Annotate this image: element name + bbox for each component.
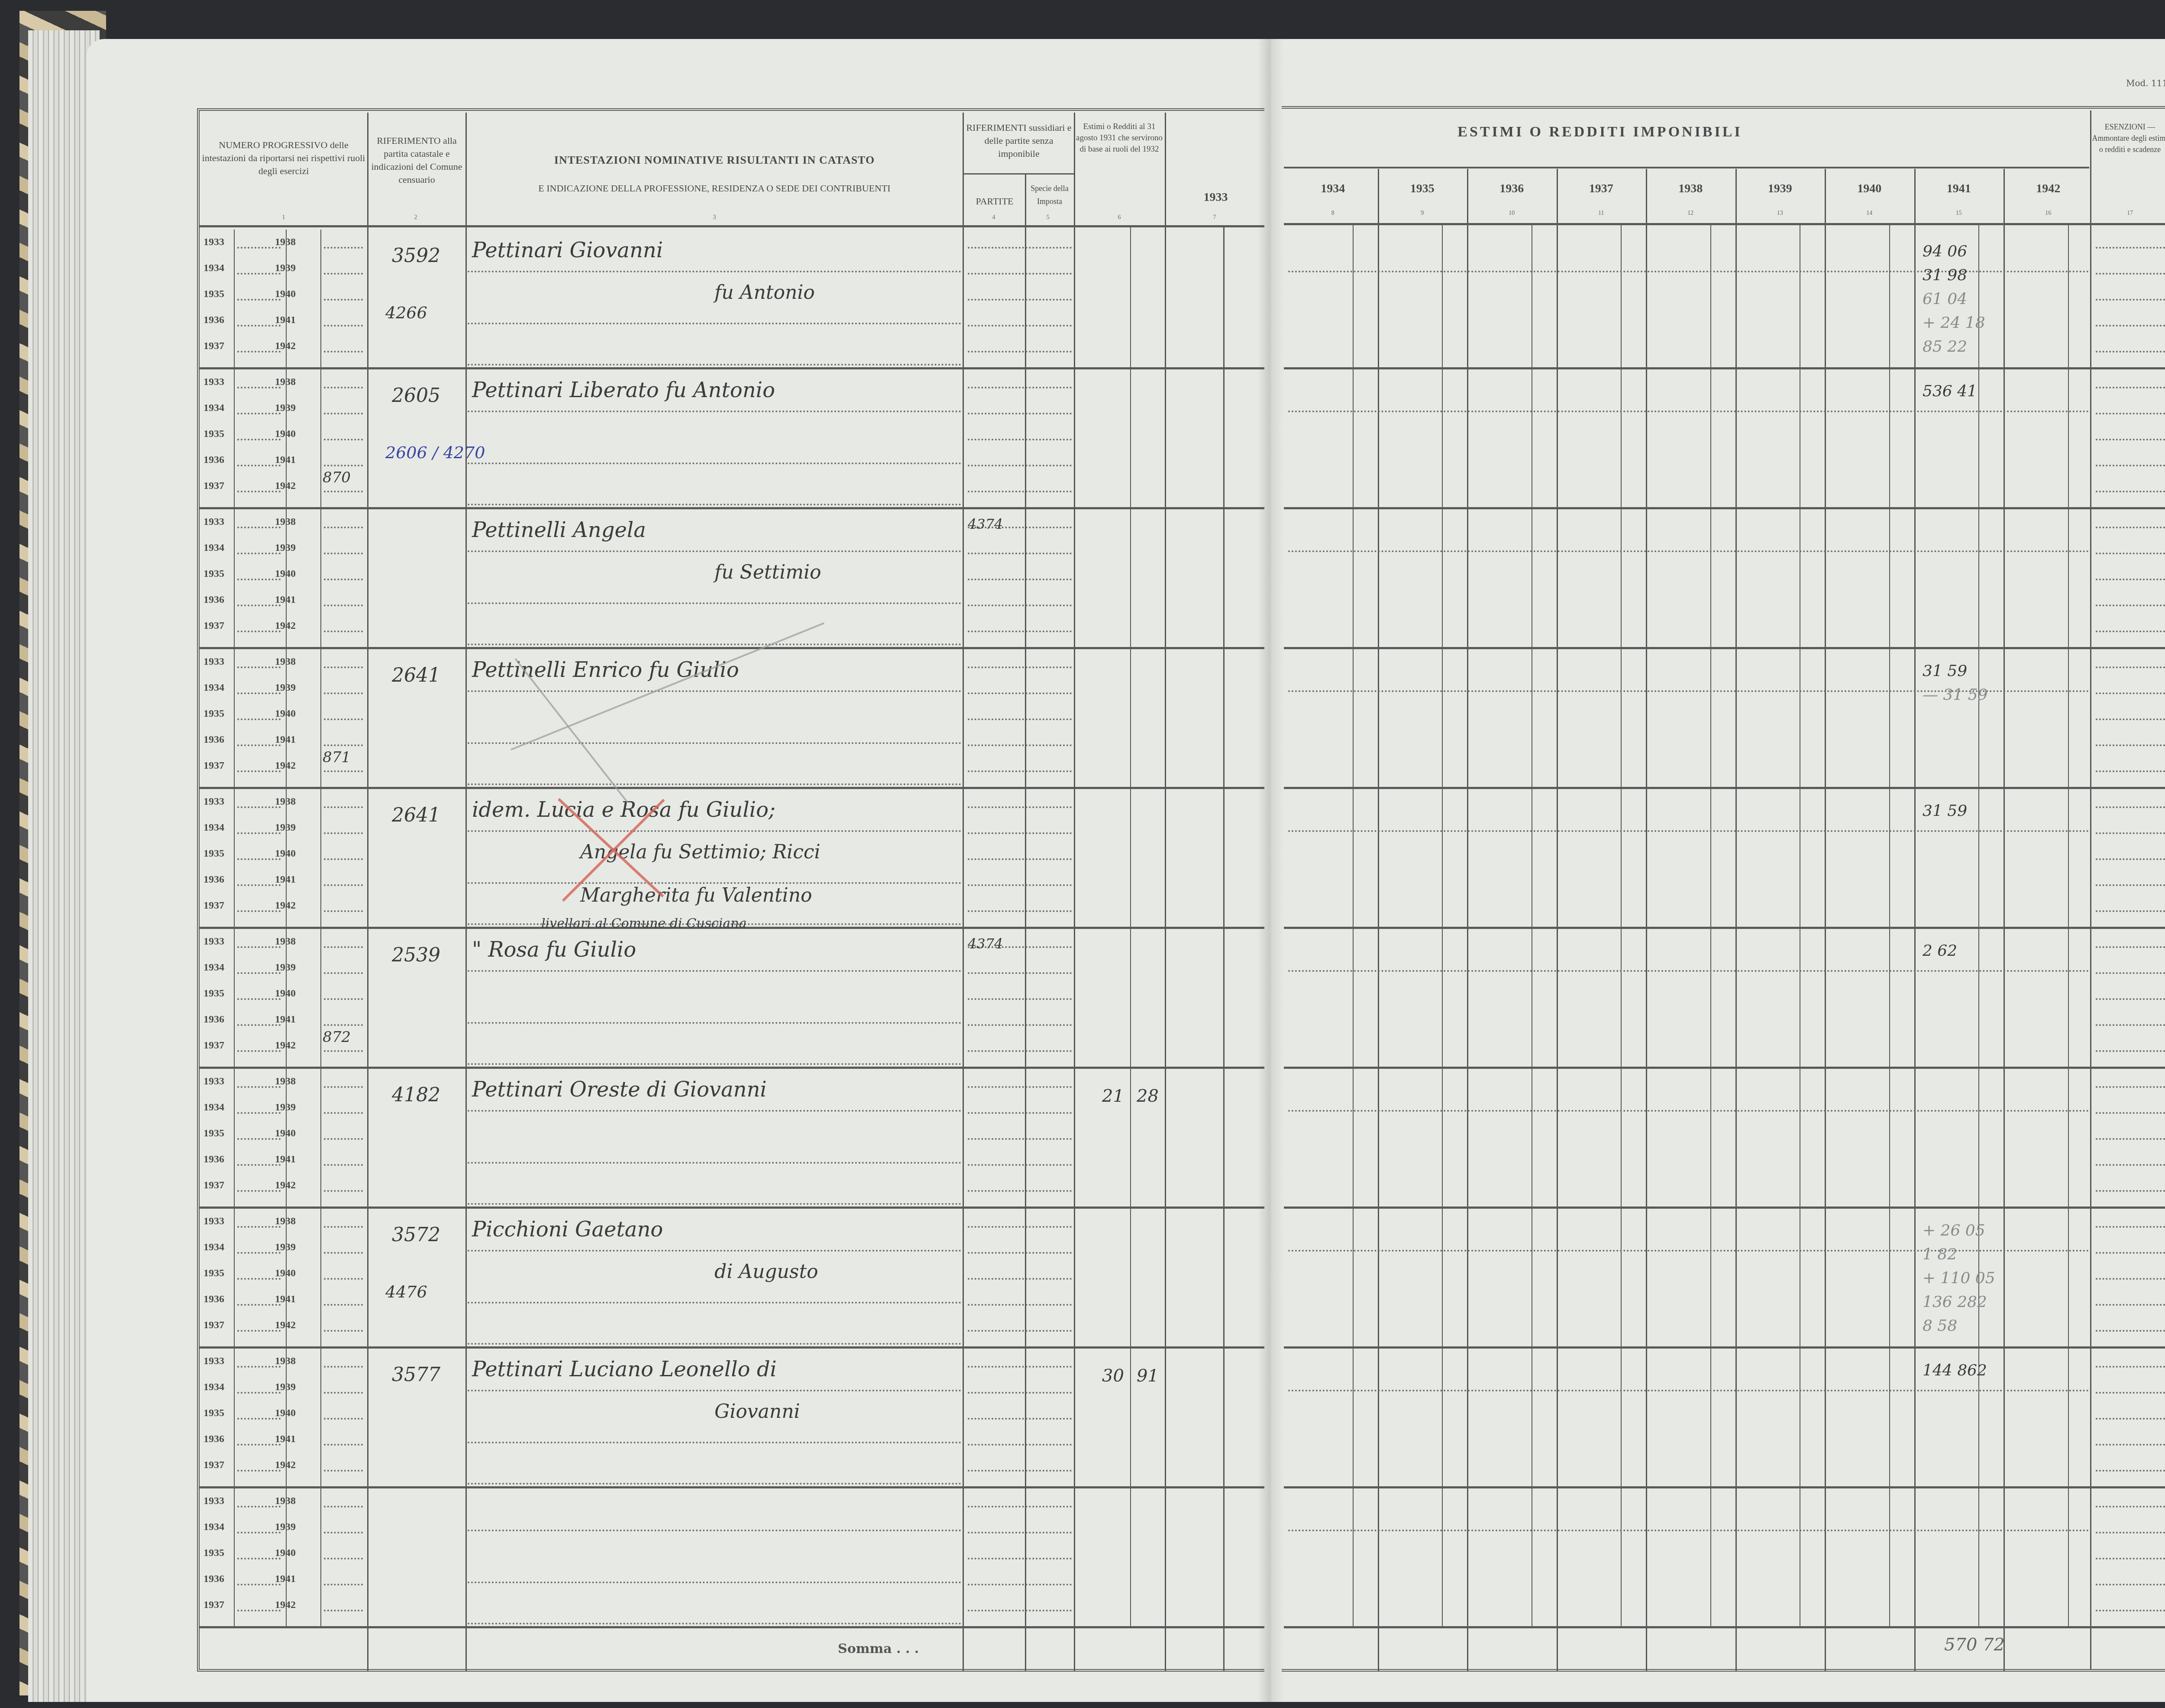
entry-rule bbox=[1284, 1486, 2165, 1488]
year-blank bbox=[237, 1366, 281, 1368]
name-line bbox=[468, 323, 961, 324]
year-blank bbox=[324, 744, 363, 746]
year-blank bbox=[324, 413, 363, 414]
value-1941: 1 82 bbox=[1923, 1245, 1957, 1263]
year-label-left: 1936 bbox=[204, 454, 224, 466]
value-1941: 31 59 bbox=[1923, 662, 1967, 680]
col-divider bbox=[465, 113, 467, 1672]
partite-blank bbox=[968, 1138, 1072, 1140]
esenzioni-blank bbox=[2096, 527, 2165, 528]
year-label-left: 1933 bbox=[204, 1216, 224, 1227]
header-bottom-rule bbox=[199, 225, 1264, 227]
year-col-divider bbox=[2003, 169, 2005, 1672]
esenzioni-blank bbox=[2096, 1470, 2165, 1472]
year-label-right: 1941 bbox=[275, 1154, 296, 1165]
year-blank bbox=[237, 1164, 281, 1166]
taxpayer-name-cont: fu Antonio bbox=[714, 281, 815, 304]
col-divider bbox=[367, 113, 368, 1672]
partite-blank bbox=[968, 744, 1072, 746]
partite-blank bbox=[968, 351, 1072, 353]
value-line bbox=[1288, 271, 2089, 272]
year-label-right: 1939 bbox=[275, 542, 296, 554]
value-1941: 85 22 bbox=[1923, 338, 1967, 356]
year-blank bbox=[324, 998, 363, 1000]
esenzioni-blank bbox=[2096, 718, 2165, 720]
year-label-left: 1934 bbox=[204, 682, 224, 694]
year-label-left: 1933 bbox=[204, 516, 224, 528]
year-label-left: 1935 bbox=[204, 288, 224, 300]
name-line bbox=[468, 1022, 961, 1024]
esenzioni-blank bbox=[2096, 1366, 2165, 1368]
esenzioni-blank bbox=[2096, 273, 2165, 275]
name-line bbox=[468, 1530, 961, 1531]
year-label-left: 1936 bbox=[204, 1433, 224, 1445]
partite-blank bbox=[968, 299, 1072, 301]
year-blank bbox=[237, 910, 281, 912]
taxpayer-name: " Rosa fu Giulio bbox=[472, 938, 636, 962]
col-num-11: 11 bbox=[1557, 210, 1646, 217]
year-label-left: 1933 bbox=[204, 1355, 224, 1367]
taxpayer-name: Pettinari Oreste di Giovanni bbox=[472, 1077, 767, 1102]
year-blank bbox=[237, 1392, 281, 1394]
year-blank bbox=[324, 579, 363, 580]
entry-rule bbox=[1284, 647, 2165, 649]
year-blank bbox=[237, 527, 281, 528]
year-label-left: 1935 bbox=[204, 1407, 224, 1419]
esenzioni-blank bbox=[2096, 692, 2165, 694]
esenzioni-blank bbox=[2096, 1304, 2165, 1306]
esenzioni-blank bbox=[2096, 1584, 2165, 1585]
year-blank bbox=[324, 631, 363, 632]
esenzioni-blank bbox=[2096, 770, 2165, 772]
year-label-left: 1935 bbox=[204, 848, 224, 860]
year-label-right: 1940 bbox=[275, 1407, 296, 1419]
estimo-1931-int: 21 bbox=[1102, 1086, 1124, 1106]
entry-rule bbox=[199, 1207, 1264, 1209]
value-line bbox=[1288, 1250, 2089, 1252]
year-label-left: 1936 bbox=[204, 874, 224, 886]
entry-rule bbox=[1284, 787, 2165, 789]
taxpayer-name: Pettinari Giovanni bbox=[472, 238, 663, 262]
name-line bbox=[468, 271, 961, 272]
header-year-1937: 1937 bbox=[1557, 182, 1646, 196]
year-label-right: 1942 bbox=[275, 900, 296, 912]
partite-blank bbox=[968, 1392, 1072, 1394]
header-year-1938: 1938 bbox=[1646, 182, 1735, 196]
partite-blank bbox=[968, 884, 1072, 886]
partite-blank bbox=[968, 553, 1072, 554]
partite-blank bbox=[968, 1190, 1072, 1192]
partite-blank bbox=[968, 439, 1072, 440]
header-year-1939: 1939 bbox=[1735, 182, 1825, 196]
year-label-right: 1940 bbox=[275, 288, 296, 300]
year-blank bbox=[237, 884, 281, 886]
year-col-divider bbox=[1735, 169, 1737, 1672]
year-label-left: 1934 bbox=[204, 1521, 224, 1533]
header-divider bbox=[963, 173, 1074, 175]
side-note: 870 bbox=[323, 469, 351, 486]
year-label-left: 1937 bbox=[204, 480, 224, 492]
taxpayer-name: Picchioni Gaetano bbox=[472, 1217, 663, 1242]
year-blank bbox=[324, 1252, 363, 1254]
entry-rule bbox=[199, 787, 1264, 789]
value-line bbox=[1288, 550, 2089, 552]
year-label-right: 1942 bbox=[275, 620, 296, 632]
esenzioni-blank bbox=[2096, 439, 2165, 440]
partite-blank bbox=[968, 1418, 1072, 1420]
name-line bbox=[468, 1110, 961, 1112]
col-num-1: 1 bbox=[279, 214, 288, 221]
name-line bbox=[468, 550, 961, 552]
esenzioni-blank bbox=[2096, 744, 2165, 746]
year-label-left: 1936 bbox=[204, 1294, 224, 1305]
entry-rule bbox=[1284, 1067, 2165, 1069]
partite-blank bbox=[968, 491, 1072, 492]
year-blank bbox=[324, 972, 363, 974]
year-label-right: 1939 bbox=[275, 1242, 296, 1253]
year-blank bbox=[237, 1024, 281, 1026]
esenzioni-divider bbox=[2090, 110, 2091, 1669]
year-blank bbox=[237, 946, 281, 948]
partita-number: 2641 bbox=[392, 804, 440, 826]
year-label-right: 1938 bbox=[275, 516, 296, 528]
year-label-left: 1935 bbox=[204, 708, 224, 720]
year-label-right: 1941 bbox=[275, 314, 296, 326]
header-year-1941: 1941 bbox=[1914, 182, 2004, 196]
year-label-left: 1934 bbox=[204, 822, 224, 834]
esenzioni-blank bbox=[2096, 465, 2165, 466]
year-label-right: 1941 bbox=[275, 1573, 296, 1585]
name-line bbox=[468, 1203, 961, 1205]
year-label-left: 1933 bbox=[204, 936, 224, 948]
col-num-5: 5 bbox=[1044, 214, 1052, 221]
year-label-left: 1936 bbox=[204, 594, 224, 606]
header-estimi-1931: Estimi o Redditi al 31 agosto 1931 che s… bbox=[1076, 121, 1163, 155]
year-blank bbox=[237, 299, 281, 301]
year-blank bbox=[237, 806, 281, 808]
year-label-left: 1935 bbox=[204, 568, 224, 580]
year-label-left: 1935 bbox=[204, 988, 224, 1000]
year-label-right: 1939 bbox=[275, 402, 296, 414]
right-table-frame bbox=[1282, 106, 2165, 1672]
name-line bbox=[468, 364, 961, 366]
partite-ref: 4374 bbox=[968, 935, 1003, 952]
name-line bbox=[468, 1343, 961, 1345]
year-blank bbox=[237, 718, 281, 720]
esenzioni-blank bbox=[2096, 247, 2165, 249]
esenzioni-blank bbox=[2096, 1418, 2165, 1420]
esenzioni-blank bbox=[2096, 1610, 2165, 1611]
year-label-left: 1937 bbox=[204, 900, 224, 912]
esenzioni-blank bbox=[2096, 631, 2165, 632]
right-header-bottom-rule bbox=[1284, 223, 2165, 225]
year-label-left: 1934 bbox=[204, 262, 224, 274]
partite-blank bbox=[968, 465, 1072, 466]
col-divider bbox=[234, 230, 235, 1628]
name-line bbox=[468, 1063, 961, 1065]
year-blank bbox=[237, 1304, 281, 1306]
partita-number: 2605 bbox=[392, 385, 440, 407]
year-label-right: 1942 bbox=[275, 1459, 296, 1471]
partite-blank bbox=[968, 1050, 1072, 1052]
year-label-right: 1938 bbox=[275, 1495, 296, 1507]
taxpayer-name: Pettinari Liberato fu Antonio bbox=[472, 378, 775, 402]
partite-blank bbox=[968, 1024, 1072, 1026]
taxpayer-note: livellari al Comune di Cusciana bbox=[541, 916, 746, 931]
value-line bbox=[1288, 1390, 2089, 1391]
year-label-right: 1941 bbox=[275, 594, 296, 606]
year-label-left: 1933 bbox=[204, 656, 224, 668]
side-note: 871 bbox=[323, 749, 351, 766]
partite-blank bbox=[968, 1226, 1072, 1228]
partite-blank bbox=[968, 1444, 1072, 1446]
partite-blank bbox=[968, 413, 1072, 414]
partite-blank bbox=[968, 325, 1072, 327]
year-blank bbox=[324, 832, 363, 834]
value-1941: 2 62 bbox=[1923, 942, 1957, 960]
taxpayer-name-cont: di Augusto bbox=[714, 1261, 818, 1283]
year-blank bbox=[237, 832, 281, 834]
partita-number: 3592 bbox=[392, 245, 440, 267]
header-year-1942: 1942 bbox=[2003, 182, 2093, 196]
taxpayer-name: Pettinari Luciano Leonello di bbox=[472, 1357, 777, 1381]
year-blank bbox=[324, 553, 363, 554]
entry-rule bbox=[199, 507, 1264, 509]
year-blank bbox=[324, 1330, 363, 1332]
name-line bbox=[468, 411, 961, 412]
col-num-9: 9 bbox=[1378, 210, 1467, 217]
entry-rule bbox=[1284, 367, 2165, 369]
year-label-right: 1942 bbox=[275, 340, 296, 352]
esenzioni-blank bbox=[2096, 1330, 2165, 1332]
year-label-right: 1939 bbox=[275, 682, 296, 694]
partite-blank bbox=[968, 718, 1072, 720]
year-label-left: 1937 bbox=[204, 1180, 224, 1191]
year-label-right: 1940 bbox=[275, 568, 296, 580]
partite-blank bbox=[968, 1112, 1072, 1114]
partite-blank bbox=[968, 579, 1072, 580]
esenzioni-blank bbox=[2096, 1050, 2165, 1052]
name-line bbox=[468, 1623, 961, 1624]
col-divider bbox=[1025, 173, 1026, 1672]
year-blank bbox=[324, 1112, 363, 1114]
name-line bbox=[468, 463, 961, 464]
name-line bbox=[468, 644, 961, 645]
value-1941: 31 59 bbox=[1923, 802, 1967, 820]
esenzioni-blank bbox=[2096, 1506, 2165, 1507]
form-id: Mod. 111 - Imposte Dirette (Intercalare)… bbox=[2126, 78, 2165, 88]
year-label-right: 1939 bbox=[275, 262, 296, 274]
header-partite: PARTITE bbox=[965, 195, 1024, 208]
year-blank bbox=[324, 1506, 363, 1507]
year-label-left: 1937 bbox=[204, 620, 224, 632]
year-label-right: 1939 bbox=[275, 1102, 296, 1113]
year-label-right: 1942 bbox=[275, 1040, 296, 1051]
year-blank bbox=[237, 1470, 281, 1472]
year-col-divider bbox=[1378, 169, 1379, 1672]
name-line bbox=[468, 1442, 961, 1443]
year-label-right: 1941 bbox=[275, 1294, 296, 1305]
esenzioni-blank bbox=[2096, 666, 2165, 668]
col-num-10: 10 bbox=[1467, 210, 1557, 217]
year-blank bbox=[237, 605, 281, 606]
esenzioni-blank bbox=[2096, 1392, 2165, 1394]
esenzioni-blank bbox=[2096, 605, 2165, 606]
partite-blank bbox=[968, 1558, 1072, 1559]
year-blank bbox=[237, 273, 281, 275]
year-blank bbox=[324, 1226, 363, 1228]
year-blank bbox=[237, 553, 281, 554]
year-blank bbox=[237, 692, 281, 694]
esenzioni-blank bbox=[2096, 1226, 2165, 1228]
year-blank bbox=[324, 1532, 363, 1533]
esenzioni-blank bbox=[2096, 579, 2165, 580]
entry-rule bbox=[199, 1067, 1264, 1069]
year-col-divider bbox=[1646, 169, 1647, 1672]
name-line bbox=[468, 1483, 961, 1485]
year-blank bbox=[324, 1444, 363, 1446]
entry-rule bbox=[199, 367, 1264, 369]
header-specie-imposta: Specie della Imposta bbox=[1026, 182, 1073, 208]
year-label-right: 1942 bbox=[275, 1599, 296, 1611]
year-label-right: 1941 bbox=[275, 874, 296, 886]
year-blank bbox=[324, 605, 363, 606]
header-esenzioni: ESENZIONI — Ammontare degli estimi o red… bbox=[2091, 121, 2165, 155]
value-1941: 536 41 bbox=[1923, 382, 1977, 400]
year-blank bbox=[237, 579, 281, 580]
esenzioni-blank bbox=[2096, 858, 2165, 860]
year-label-left: 1934 bbox=[204, 1102, 224, 1113]
year-blank bbox=[324, 1366, 363, 1368]
header-intestazioni: INTESTAZIONI NOMINATIVE RISULTANTI IN CA… bbox=[470, 154, 959, 167]
year-label-right: 1940 bbox=[275, 428, 296, 440]
esenzioni-blank bbox=[2096, 413, 2165, 414]
year-blank bbox=[237, 1584, 281, 1585]
year-label-left: 1936 bbox=[204, 314, 224, 326]
entry-rule bbox=[1284, 1346, 2165, 1349]
entry-rule bbox=[199, 1346, 1264, 1349]
year-blank bbox=[237, 666, 281, 668]
year-blank bbox=[237, 1050, 281, 1052]
year-label-left: 1933 bbox=[204, 1495, 224, 1507]
year-label-right: 1942 bbox=[275, 1180, 296, 1191]
taxpayer-name-cont: Margherita fu Valentino bbox=[580, 884, 812, 906]
year-label-left: 1933 bbox=[204, 236, 224, 248]
year-blank bbox=[324, 351, 363, 353]
entry-rule bbox=[199, 1486, 1264, 1488]
esenzioni-blank bbox=[2096, 806, 2165, 808]
year-label-right: 1938 bbox=[275, 1076, 296, 1087]
name-line bbox=[468, 1582, 961, 1583]
year-blank bbox=[324, 692, 363, 694]
year-blank bbox=[237, 1278, 281, 1280]
year-blank bbox=[237, 1226, 281, 1228]
year-blank bbox=[324, 666, 363, 668]
year-label-left: 1933 bbox=[204, 796, 224, 808]
partite-blank bbox=[968, 1278, 1072, 1280]
value-1941: 136 282 bbox=[1923, 1293, 1987, 1311]
partite-blank bbox=[968, 631, 1072, 632]
year-blank bbox=[324, 770, 363, 772]
partite-blank bbox=[968, 858, 1072, 860]
col-num-12: 12 bbox=[1646, 210, 1735, 217]
esenzioni-blank bbox=[2096, 910, 2165, 912]
partita-number: 3577 bbox=[392, 1364, 440, 1386]
year-label-left: 1936 bbox=[204, 734, 224, 746]
year-blank bbox=[237, 1112, 281, 1114]
partite-blank bbox=[968, 1164, 1072, 1166]
partite-blank bbox=[968, 1532, 1072, 1533]
year-label-right: 1939 bbox=[275, 1521, 296, 1533]
partite-blank bbox=[968, 770, 1072, 772]
name-line bbox=[468, 1162, 961, 1164]
year-blank bbox=[324, 1558, 363, 1559]
year-blank bbox=[324, 1392, 363, 1394]
entry-rule bbox=[1284, 1207, 2165, 1209]
year-blank bbox=[324, 1164, 363, 1166]
taxpayer-name: Pettinelli Angela bbox=[472, 518, 646, 542]
partite-blank bbox=[968, 1506, 1072, 1507]
value-1941: 8 58 bbox=[1923, 1317, 1957, 1335]
year-blank bbox=[237, 1506, 281, 1507]
partite-blank bbox=[968, 273, 1072, 275]
year-label-right: 1939 bbox=[275, 822, 296, 834]
name-line bbox=[468, 830, 961, 832]
col-num-7: 7 bbox=[1210, 214, 1219, 221]
esenzioni-blank bbox=[2096, 1532, 2165, 1533]
year-label-left: 1934 bbox=[204, 1242, 224, 1253]
year-blank bbox=[324, 527, 363, 528]
year-blank bbox=[237, 351, 281, 353]
year-blank bbox=[324, 1470, 363, 1472]
value-1941: 31 98 bbox=[1923, 266, 1967, 284]
year-label-left: 1934 bbox=[204, 962, 224, 974]
year-blank bbox=[324, 806, 363, 808]
year-label-left: 1937 bbox=[204, 1599, 224, 1611]
year-blank bbox=[237, 631, 281, 632]
year-blank bbox=[324, 439, 363, 440]
year-label-right: 1940 bbox=[275, 988, 296, 1000]
partite-blank bbox=[968, 1470, 1072, 1472]
year-blank bbox=[324, 273, 363, 275]
year-blank bbox=[324, 858, 363, 860]
col-num-4: 4 bbox=[989, 214, 998, 221]
esenzioni-blank bbox=[2096, 553, 2165, 554]
partite-blank bbox=[968, 1584, 1072, 1585]
value-1941: — 31 59 bbox=[1923, 686, 1988, 704]
esenzioni-blank bbox=[2096, 1278, 2165, 1280]
year-label-right: 1941 bbox=[275, 734, 296, 746]
year-blank bbox=[324, 1190, 363, 1192]
partite-blank bbox=[968, 806, 1072, 808]
year-blank bbox=[237, 1610, 281, 1611]
esenzioni-blank bbox=[2096, 299, 2165, 301]
partite-blank bbox=[968, 998, 1072, 1000]
year-label-right: 1938 bbox=[275, 1216, 296, 1227]
estimo-1931-dec: 91 bbox=[1137, 1366, 1159, 1386]
year-label-right: 1938 bbox=[275, 656, 296, 668]
value-1941: + 110 05 bbox=[1923, 1269, 1995, 1287]
year-label-right: 1938 bbox=[275, 1355, 296, 1367]
partita-number: 3572 bbox=[392, 1224, 440, 1246]
partite-blank bbox=[968, 972, 1072, 974]
name-line bbox=[468, 783, 961, 785]
year-label-left: 1935 bbox=[204, 428, 224, 440]
year-label-left: 1933 bbox=[204, 376, 224, 388]
year-blank bbox=[237, 744, 281, 746]
esenzioni-blank bbox=[2096, 832, 2165, 834]
year-blank bbox=[237, 1444, 281, 1446]
